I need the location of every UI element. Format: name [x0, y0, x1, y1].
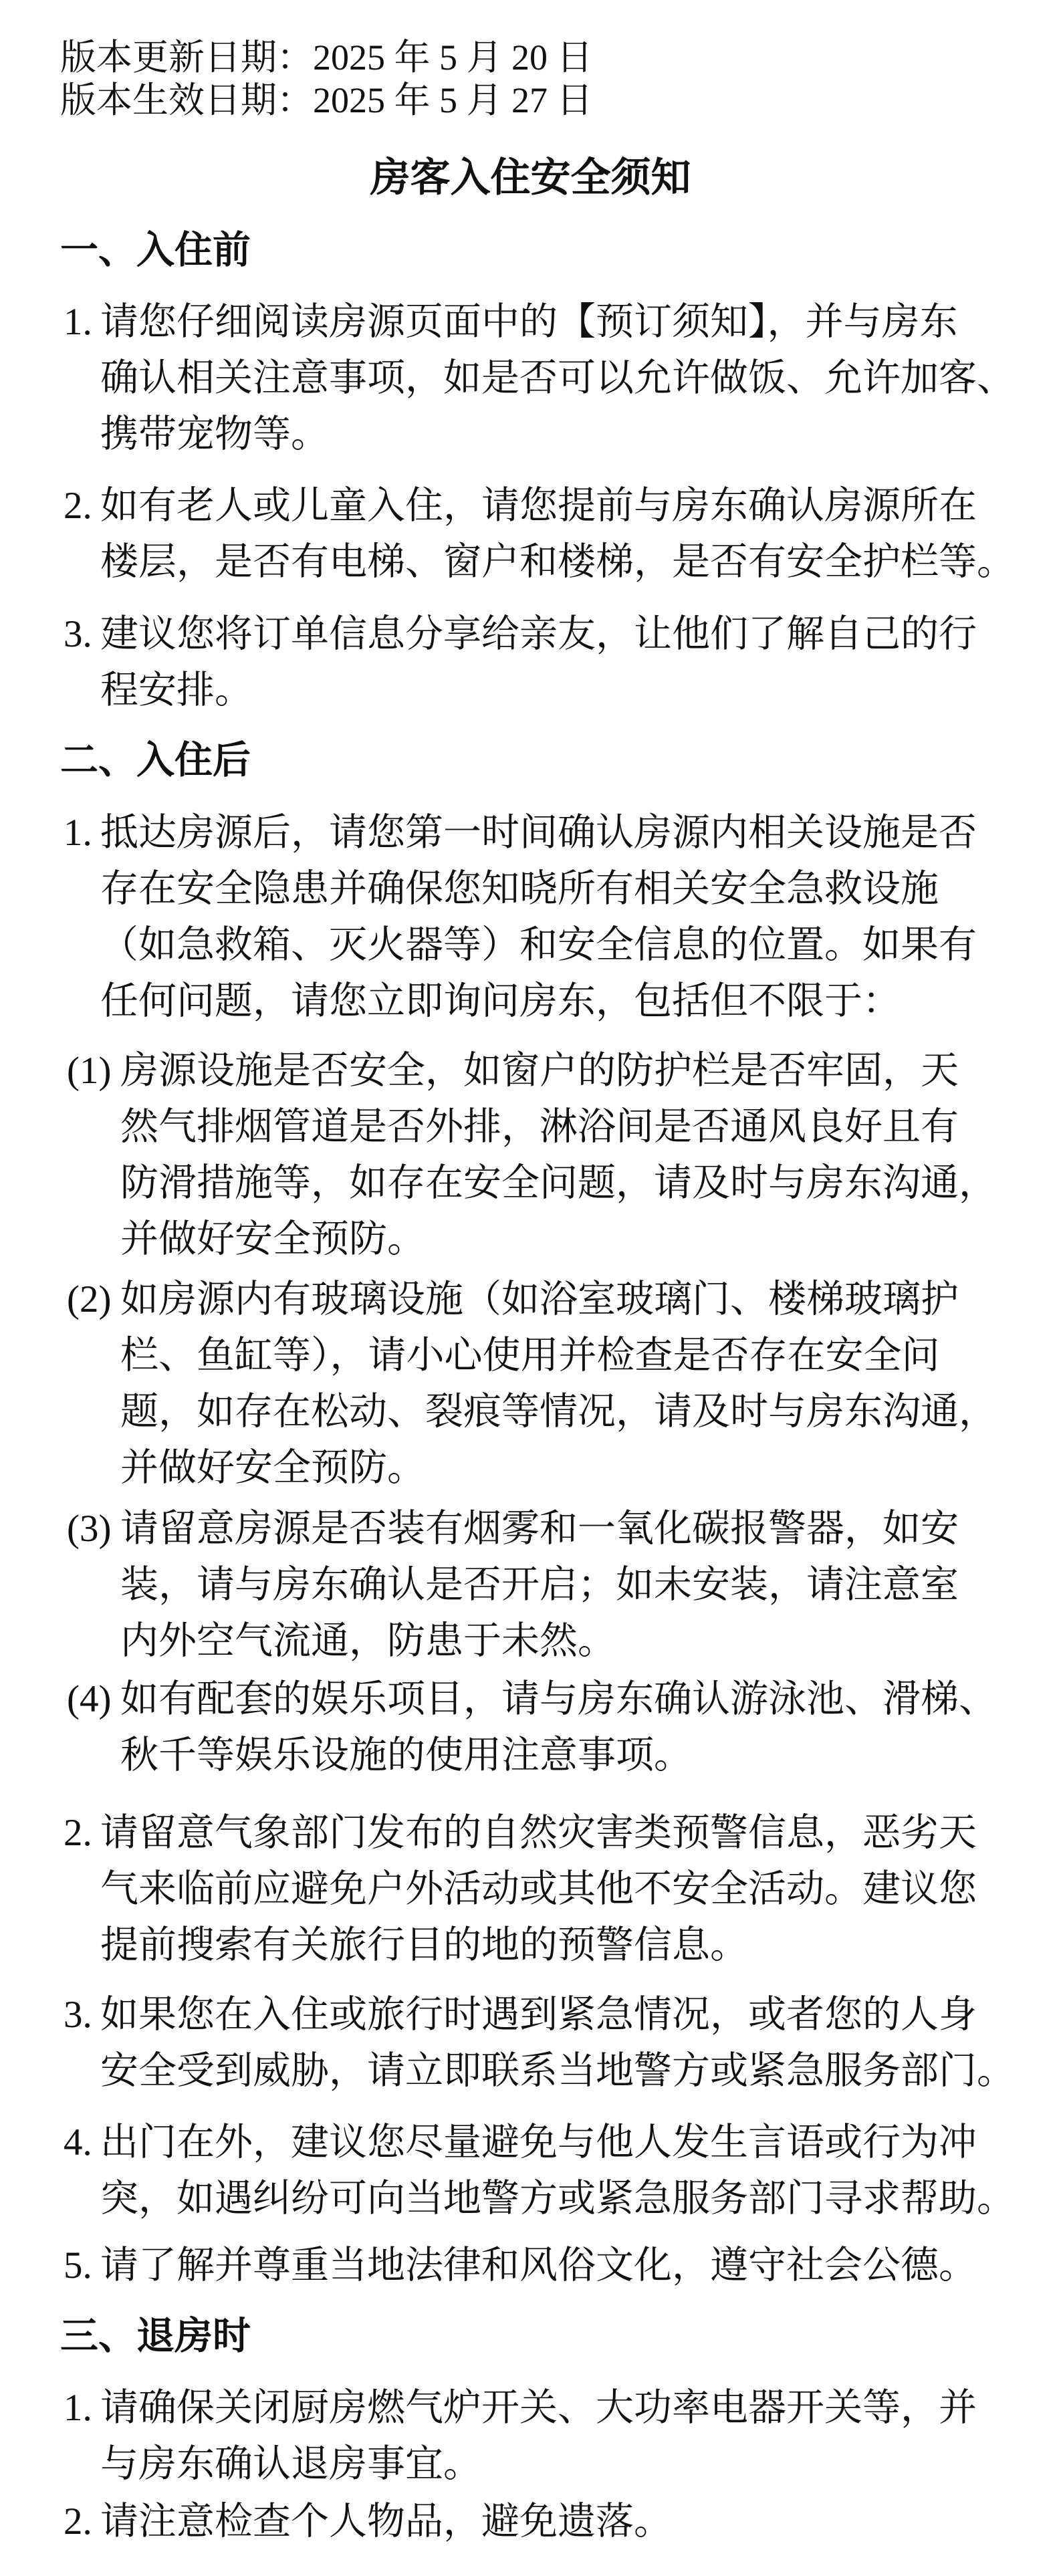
- text-line: 栏、鱼缸等），请小心使用并检查是否存在安全问: [120, 1328, 1003, 1384]
- text-line: 请了解并尊重当地法律和风俗文化，遵守社会公德。: [100, 2238, 1013, 2294]
- sub-item-number: (2): [67, 1272, 111, 1328]
- text-line: 建议您将订单信息分享给亲友，让他们了解自己的行: [100, 606, 1013, 663]
- item-number: 3.: [64, 606, 92, 663]
- text-line: 程安排。: [100, 663, 1013, 719]
- text-line: 请您仔细阅读房源页面中的【预订须知】，并与房东: [100, 294, 1013, 350]
- list-item: 4. 出门在外，建议您尽量避免与他人发生言语或行为冲 突，如遇纠纷可向当地警方或…: [64, 2115, 1013, 2227]
- text-line: 任何问题，请您立即询问房东，包括但不限于：: [100, 973, 1013, 1030]
- item-number: 1.: [64, 2380, 92, 2436]
- list-item: 1. 请您仔细阅读房源页面中的【预订须知】，并与房东 确认相关注意事项，如是否可…: [64, 294, 1013, 463]
- text-line: 秋千等娱乐设施的使用注意事项。: [120, 1728, 1003, 1784]
- text-line: 装，请与房东确认是否开启；如未安装，请注意室: [120, 1557, 1003, 1613]
- text-line: 并做好安全预防。: [120, 1211, 1003, 1268]
- text-line: 防滑措施等，如存在安全问题，请及时与房东沟通，: [120, 1155, 1003, 1211]
- text-line: 请留意房源是否装有烟雾和一氧化碳报警器，如安: [120, 1501, 1003, 1557]
- sub-item-text: 请留意房源是否装有烟雾和一氧化碳报警器，如安 装，请与房东确认是否开启；如未安装…: [120, 1501, 1003, 1669]
- list-item: 3. 如果您在入住或旅行时遇到紧急情况，或者您的人身 安全受到威胁，请立即联系当…: [64, 1987, 1013, 2099]
- text-line: 房源设施是否安全，如窗户的防护栏是否牢固，天: [120, 1043, 1003, 1099]
- item-text: 请确保关闭厨房燃气炉开关、大功率电器开关等，并 与房东确认退房事宜。: [100, 2380, 1013, 2492]
- text-line: 请留意气象部门发布的自然灾害类预警信息，恶劣天: [100, 1805, 1013, 1861]
- version-info: 版本更新日期：2025 年 5 月 20 日 版本生效日期：2025 年 5 月…: [60, 36, 593, 122]
- page-title: 房客入住安全须知: [0, 151, 1061, 205]
- section-heading-checkout: 三、退房时: [60, 2313, 251, 2360]
- item-number: 5.: [64, 2238, 92, 2294]
- text-line: 突，如遇纠纷可向当地警方或紧急服务部门寻求帮助。: [100, 2171, 1013, 2227]
- update-date: 版本更新日期：2025 年 5 月 20 日: [60, 36, 593, 79]
- list-item: 2. 请注意检查个人物品，避免遗落。: [64, 2494, 1013, 2550]
- sub-item-number: (4): [67, 1671, 111, 1728]
- text-line: 如有老人或儿童入住，请您提前与房东确认房源所在: [100, 478, 1013, 534]
- list-item: 1. 抵达房源后，请您第一时间确认房源内相关设施是否 存在安全隐患并确保您知晓所…: [64, 805, 1013, 1030]
- item-text: 如果您在入住或旅行时遇到紧急情况，或者您的人身 安全受到威胁，请立即联系当地警方…: [100, 1987, 1013, 2099]
- text-line: 如果您在入住或旅行时遇到紧急情况，或者您的人身: [100, 1987, 1013, 2043]
- item-number: 4.: [64, 2115, 92, 2171]
- list-item: 5. 请了解并尊重当地法律和风俗文化，遵守社会公德。: [64, 2238, 1013, 2294]
- section-heading-after-checkin: 二、入住后: [60, 737, 251, 784]
- section-heading-before-checkin: 一、入住前: [60, 227, 251, 274]
- text-line: 楼层，是否有电梯、窗户和楼梯，是否有安全护栏等。: [100, 534, 1013, 590]
- item-text: 请您仔细阅读房源页面中的【预订须知】，并与房东 确认相关注意事项，如是否可以允许…: [100, 294, 1013, 463]
- text-line: 与房东确认退房事宜。: [100, 2436, 1013, 2492]
- sub-list-item: (2) 如房源内有玻璃设施（如浴室玻璃门、楼梯玻璃护 栏、鱼缸等），请小心使用并…: [67, 1272, 1003, 1496]
- sub-item-text: 房源设施是否安全，如窗户的防护栏是否牢固，天 然气排烟管道是否外排，淋浴间是否通…: [120, 1043, 1003, 1268]
- item-number: 2.: [64, 478, 92, 534]
- item-number: 2.: [64, 1805, 92, 1861]
- sub-list-item: (3) 请留意房源是否装有烟雾和一氧化碳报警器，如安 装，请与房东确认是否开启；…: [67, 1501, 1003, 1669]
- sub-item-text: 如有配套的娱乐项目，请与房东确认游泳池、滑梯、 秋千等娱乐设施的使用注意事项。: [120, 1671, 1003, 1784]
- item-text: 请留意气象部门发布的自然灾害类预警信息，恶劣天 气来临前应避免户外活动或其他不安…: [100, 1805, 1013, 1974]
- text-line: 安全受到威胁，请立即联系当地警方或紧急服务部门。: [100, 2043, 1013, 2099]
- text-line: 请确保关闭厨房燃气炉开关、大功率电器开关等，并: [100, 2380, 1013, 2436]
- text-line: 确认相关注意事项，如是否可以允许做饭、允许加客、: [100, 350, 1013, 406]
- sub-item-text: 如房源内有玻璃设施（如浴室玻璃门、楼梯玻璃护 栏、鱼缸等），请小心使用并检查是否…: [120, 1272, 1003, 1496]
- list-item: 2. 请留意气象部门发布的自然灾害类预警信息，恶劣天 气来临前应避免户外活动或其…: [64, 1805, 1013, 1974]
- text-line: 抵达房源后，请您第一时间确认房源内相关设施是否: [100, 805, 1013, 861]
- item-text: 出门在外，建议您尽量避免与他人发生言语或行为冲 突，如遇纠纷可向当地警方或紧急服…: [100, 2115, 1013, 2227]
- list-item: 3. 建议您将订单信息分享给亲友，让他们了解自己的行 程安排。: [64, 606, 1013, 719]
- item-text: 抵达房源后，请您第一时间确认房源内相关设施是否 存在安全隐患并确保您知晓所有相关…: [100, 805, 1013, 1030]
- sub-list-item: (4) 如有配套的娱乐项目，请与房东确认游泳池、滑梯、 秋千等娱乐设施的使用注意…: [67, 1671, 1003, 1784]
- text-line: 请注意检查个人物品，避免遗落。: [100, 2494, 1013, 2550]
- text-line: 气来临前应避免户外活动或其他不安全活动。建议您: [100, 1861, 1013, 1917]
- text-line: 如房源内有玻璃设施（如浴室玻璃门、楼梯玻璃护: [120, 1272, 1003, 1328]
- list-item: 1. 请确保关闭厨房燃气炉开关、大功率电器开关等，并 与房东确认退房事宜。: [64, 2380, 1013, 2492]
- text-line: 并做好安全预防。: [120, 1440, 1003, 1496]
- item-number: 1.: [64, 805, 92, 861]
- sub-item-number: (3): [67, 1501, 111, 1557]
- item-number: 2.: [64, 2494, 92, 2550]
- item-number: 1.: [64, 294, 92, 350]
- list-item: 2. 如有老人或儿童入住，请您提前与房东确认房源所在 楼层，是否有电梯、窗户和楼…: [64, 478, 1013, 590]
- text-line: 题，如存在松动、裂痕等情况，请及时与房东沟通，: [120, 1384, 1003, 1440]
- sub-list-item: (1) 房源设施是否安全，如窗户的防护栏是否牢固，天 然气排烟管道是否外排，淋浴…: [67, 1043, 1003, 1268]
- text-line: （如急救箱、灭火器等）和安全信息的位置。如果有: [100, 917, 1013, 973]
- text-line: 存在安全隐患并确保您知晓所有相关安全急救设施: [100, 861, 1013, 917]
- item-number: 3.: [64, 1987, 92, 2043]
- text-line: 然气排烟管道是否外排，淋浴间是否通风良好且有: [120, 1099, 1003, 1155]
- effective-date: 版本生效日期：2025 年 5 月 27 日: [60, 79, 593, 122]
- sub-item-number: (1): [67, 1043, 111, 1099]
- item-text: 建议您将订单信息分享给亲友，让他们了解自己的行 程安排。: [100, 606, 1013, 719]
- text-line: 出门在外，建议您尽量避免与他人发生言语或行为冲: [100, 2115, 1013, 2171]
- text-line: 内外空气流通，防患于未然。: [120, 1613, 1003, 1669]
- text-line: 如有配套的娱乐项目，请与房东确认游泳池、滑梯、: [120, 1671, 1003, 1728]
- item-text: 请注意检查个人物品，避免遗落。: [100, 2494, 1013, 2550]
- text-line: 提前搜索有关旅行目的地的预警信息。: [100, 1917, 1013, 1974]
- text-line: 携带宠物等。: [100, 406, 1013, 463]
- item-text: 如有老人或儿童入住，请您提前与房东确认房源所在 楼层，是否有电梯、窗户和楼梯，是…: [100, 478, 1013, 590]
- item-text: 请了解并尊重当地法律和风俗文化，遵守社会公德。: [100, 2238, 1013, 2294]
